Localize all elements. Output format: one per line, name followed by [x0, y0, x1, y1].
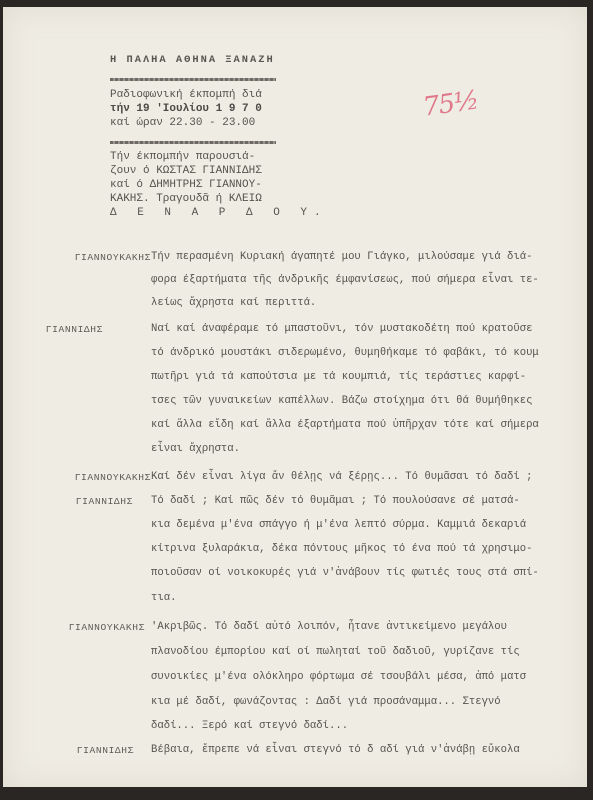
dialogue-line: κια μέ δαδί, φωνάζοντας : Δαδί γιά προσά… [151, 696, 501, 708]
dialogue-line: πωτῆρι γιά τά καπούτσια με τά κουμπιά, τ… [151, 371, 526, 383]
broadcast-line-2: τήν 19 'Ιουλίου 1 9 7 0 [110, 103, 262, 115]
dialogue-line: Τήν περασμένη Κυριακή άγαπητέ μου Γιάγκο… [151, 251, 532, 263]
dialogue-line: λείως ἄχρηστα καί περιττά. [151, 297, 316, 309]
credits-line-3: καί ό ΔΗΜΗΤΡΗΣ ΓΙΑΝΝΟΥ- [110, 179, 262, 191]
program-title: Η ΠΑΛΗΑ ΑΘΗΝΑ ΞΑΝΑΖΗ [110, 54, 275, 66]
dialogue-line: Βέβαια, ἔπρεπε νά εἶναι στεγνό τό δ αδί … [151, 744, 520, 756]
speaker-label: ΓΙΑΝΝΟΥΚΑΚΗΣ [3, 252, 151, 263]
dialogue-line: καί ἄλλα εἴδη καί ἄλλα έξαρτήματα πού ὑπ… [151, 419, 539, 431]
dialogue-line: τια. [151, 592, 176, 604]
dialogue-line: πλανοδίου έμπορίου καί οί πωληταί τοῦ δα… [151, 646, 520, 658]
dialogue-line: εἶναι ἄχρηστα. [151, 443, 240, 455]
dialogue-line: Ναί καί άναφέραμε τό μπαστοῦνι, τόν μυστ… [151, 323, 532, 335]
dialogue-line: 'Ακριβῶς. Τό δαδί αὐτό λοιπόν, ἦτανε ἀντ… [151, 621, 507, 633]
speaker-label: ΓΙΑΝΝΟΥΚΑΚΗΣ [3, 472, 151, 483]
credits-line-4: ΚΑΚΗΣ. Τραγουδᾶ ή ΚΛΕΙΩ [110, 193, 262, 205]
speaker-label: ΓΙΑΝΝΟΥΚΑΚΗΣ [3, 622, 145, 633]
dialogue-line: κίτρινα ξυλαράκια, δέκα πόντους μῆκος τό… [151, 543, 532, 555]
broadcast-line-3: καί ώραν 22.30 - 23.00 [110, 117, 255, 129]
dialogue-line: κια δεμένα μ'ένα σπάγγο ή μ'ένα λεπτό σύ… [151, 519, 526, 531]
dialogue-line: Τό δαδί ; Καί πῶς δέν τό θυμᾶμαι ; Τό πο… [151, 495, 520, 507]
dialogue-line: τό άνδρικό μουστάκι σιδερωμένο, θυμηθήκα… [151, 347, 539, 359]
dialogue-line: φορα έξαρτήματα τῆς άνδρικῆς έμφανίσεως,… [151, 274, 539, 286]
header-rule-bottom [110, 141, 276, 144]
speaker-label: ΓΙΑΝΝΙΔΗΣ [3, 496, 133, 507]
broadcast-line-1: Ραδιοφωνική έκπομπή διά [110, 89, 262, 101]
credits-line-1: Τήν έκπομπήν παρουσιά- [110, 151, 255, 163]
handwritten-page-number: 75½ [421, 85, 480, 122]
dialogue-line: Καί δέν εἶναι λίγα ἄν θέλῃς νά ξέρῃς... … [151, 471, 532, 483]
header-rule-top [110, 78, 276, 81]
credits-line-2: ζουν ό ΚΩΣΤΑΣ ΓΙΑΝΝΙΔΗΣ [110, 165, 262, 177]
dialogue-line: δαδί... Ξερό καί στεγνό δαδί... [151, 720, 348, 732]
dialogue-line: τσες τῶν γυναικείων καπέλλων. Βάζω στοίχ… [151, 395, 532, 407]
credits-line-5: Δ Ε Ν Α Ρ Δ Ο Υ. [110, 207, 328, 219]
speaker-label: ΓΙΑΝΝΙΔΗΣ [3, 324, 103, 335]
dialogue-line: συνοικίες μ'ένα ολόκληρο φόρτωμα σέ τσου… [151, 671, 526, 683]
dialogue-line: ποιοῦσαν οί νοικοκυρές γιά ν'ἀνάβουν τίς… [151, 567, 539, 579]
typewritten-page: Η ΠΑΛΗΑ ΑΘΗΝΑ ΞΑΝΑΖΗ Ραδιοφωνική έκπομπή… [3, 7, 587, 787]
speaker-label: ΓΙΑΝΝΙΔΗΣ [3, 745, 134, 756]
